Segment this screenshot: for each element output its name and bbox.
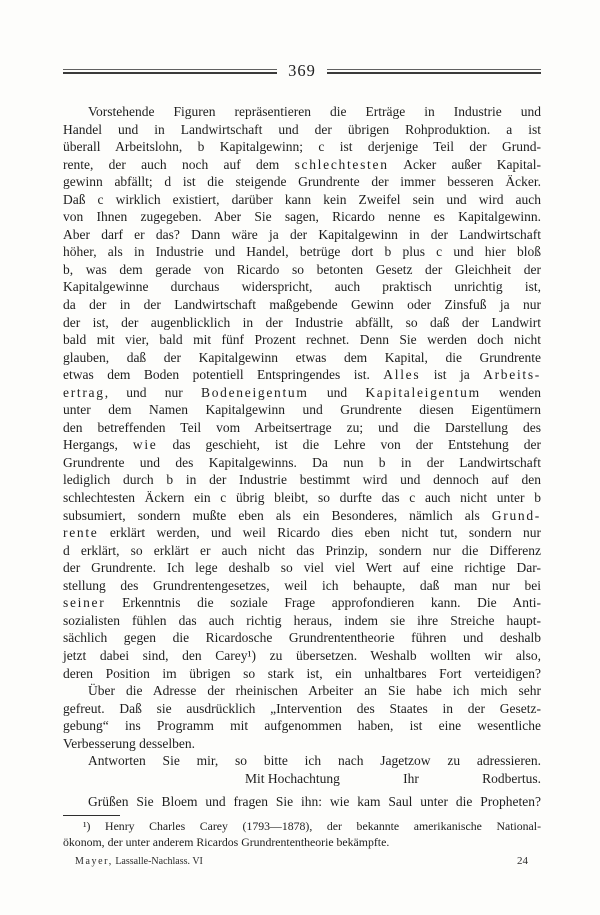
text-segment: b, was dem gerade von Ricardo so betonte… <box>63 262 541 277</box>
text-line: subsumiert, sondern mußte eben als ein B… <box>63 507 541 525</box>
text-segment: etwas dem Boden potentiell Entspringende… <box>63 367 383 382</box>
text-segment: ist ja <box>420 367 483 382</box>
text-line: rente, der auch noch auf dem schlechtest… <box>63 156 541 174</box>
text-line: sozialisten fühlen das auch richtig hera… <box>63 612 541 630</box>
text-segment: und <box>309 385 366 400</box>
text-line: Vorstehende Figuren repräsentieren die E… <box>63 103 541 121</box>
emphasized-text: schlechtesten <box>295 157 389 172</box>
text-line: ¹) Henry Charles Carey (1793—1878), der … <box>63 819 541 834</box>
text-segment: höher, als in Industrie und Handel, betr… <box>63 244 541 259</box>
text-line: Daß c wirklich existiert, darüber kann k… <box>63 191 541 209</box>
page-footer: Mayer, Lassalle-Nachlass. VI 24 <box>63 853 541 871</box>
footnote-rule <box>63 815 120 816</box>
signature-line: Mit Hochachtung Ihr Rodbertus. <box>245 770 541 788</box>
text-segment: Erkenntnis die soziale Frage approfondie… <box>105 595 541 610</box>
text-segment: , und nur <box>105 385 201 400</box>
text-segment: jetzt dabei sind, den Carey¹) zu überset… <box>63 648 541 663</box>
signature-name: Rodbertus. <box>482 770 541 788</box>
emphasized-text: Alles <box>383 367 420 382</box>
text-line: unter dem Namen Kapitalgewinn und Grundr… <box>63 401 541 419</box>
emphasized-text: wie <box>133 437 158 452</box>
text-segment: lediglich durch b in der Industrie besti… <box>63 472 541 487</box>
text-segment: Handel und in Landwirtschaft und der übr… <box>63 122 541 137</box>
text-line: b, was dem gerade von Ricardo so betonte… <box>63 261 541 279</box>
emphasized-text: Arbeits- <box>483 367 541 382</box>
text-segment: Grundrente und des Kapitalgewinns. Da nu… <box>63 455 541 470</box>
text-line: sächlich gegen die Ricardosche Grundrent… <box>63 629 541 647</box>
text-line: Antworten Sie mir, so bitte ich nach Jag… <box>63 752 541 770</box>
text-segment: Daß c wirklich existiert, darüber kann k… <box>63 192 541 207</box>
text-line: der ist, der augenblicklich in der Indus… <box>63 314 541 332</box>
text-segment: Kapitalgewinne durchaus widerspricht, au… <box>63 279 541 294</box>
text-segment: Vorstehende Figuren repräsentieren die E… <box>88 104 541 119</box>
emphasized-text: rente <box>63 525 98 540</box>
signature-pronoun: Ihr <box>403 770 419 788</box>
text-line: da der in der Landwirtschaft maßgebende … <box>63 296 541 314</box>
text-segment: Acker außer Kapital- <box>389 157 541 172</box>
text-line: gebung“ ins Programm mit aufgenommen hab… <box>63 717 541 735</box>
text-segment: deren Position im übrigen so stark ist, … <box>63 666 541 681</box>
paragraph: Grüßen Sie Bloem und fragen Sie ihn: wie… <box>63 793 541 811</box>
text-segment: Antworten Sie mir, so bitte ich nach Jag… <box>88 753 541 768</box>
emphasized-text: ertrag <box>63 385 105 400</box>
header-rule-right <box>327 69 541 74</box>
text-segment: wenden <box>481 385 541 400</box>
text-line: etwas dem Boden potentiell Entspringende… <box>63 366 541 384</box>
text-segment: der Grundrente. Ich lege deshalb so viel… <box>63 560 541 575</box>
footer-series-title: Lassalle-Nachlass. VI <box>113 856 203 867</box>
text-line: stellung des Grundrentengesetzes, weil i… <box>63 577 541 595</box>
text-line: glauben, daß der Kapitalgewinn etwas dem… <box>63 349 541 367</box>
paragraph: Antworten Sie mir, so bitte ich nach Jag… <box>63 752 541 770</box>
text-line: Grundrente und des Kapitalgewinns. Da nu… <box>63 454 541 472</box>
text-segment: subsumiert, sondern mußte eben als ein B… <box>63 508 492 523</box>
paragraph: Vorstehende Figuren repräsentieren die E… <box>63 103 541 682</box>
emphasized-text: Grund- <box>492 508 541 523</box>
signature-closing: Mit Hochachtung <box>245 770 340 788</box>
footnote: ¹) Henry Charles Carey (1793—1878), der … <box>63 819 541 850</box>
text-segment: bald mit vier, bald mit fünf Prozent rec… <box>63 332 541 347</box>
text-line: den betreffenden Teil vom Arbeitsertrage… <box>63 419 541 437</box>
text-line: gefreut. Daß sie ausdrücklich „Intervent… <box>63 700 541 718</box>
header-rule-left <box>63 69 277 74</box>
text-segment: sächlich gegen die Ricardosche Grundrent… <box>63 630 541 645</box>
text-segment: sozialisten fühlen das auch richtig hera… <box>63 613 541 628</box>
text-line: der Grundrente. Ich lege deshalb so viel… <box>63 559 541 577</box>
text-line: deren Position im übrigen so stark ist, … <box>63 665 541 683</box>
text-segment: überall Arbeitslohn, b Kapitalgewinn; c … <box>63 139 541 154</box>
text-segment: erklärt werden, und weil Ricardo dies eb… <box>98 525 541 540</box>
text-line: Grüßen Sie Bloem und fragen Sie ihn: wie… <box>63 793 541 811</box>
text-segment: glauben, daß der Kapitalgewinn etwas dem… <box>63 350 541 365</box>
text-segment: da der in der Landwirtschaft maßgebende … <box>63 297 541 312</box>
text-block: Vorstehende Figuren repräsentieren die E… <box>63 103 541 871</box>
text-segment: gebung“ ins Programm mit aufgenommen hab… <box>63 718 541 733</box>
text-line: schlechtesten Äckern ein c übrig bleibt,… <box>63 489 541 507</box>
text-segment: Aber darf er das? Dann wäre ja der Kapit… <box>63 227 541 242</box>
text-segment: der ist, der augenblicklich in der Indus… <box>63 315 541 330</box>
text-line: Hergangs, wie das geschieht, ist die Leh… <box>63 436 541 454</box>
text-segment: unter dem Namen Kapitalgewinn und Grundr… <box>63 402 541 417</box>
text-segment: von Ihnen zugegeben. Aber Sie sagen, Ric… <box>63 209 541 224</box>
text-segment: schlechtesten Äckern ein c übrig bleibt,… <box>63 490 541 505</box>
paragraph: Über die Adresse der rheinischen Arbeite… <box>63 682 541 752</box>
text-line: d erklärt, so erklärt er auch nicht das … <box>63 542 541 560</box>
text-line: ertrag, und nur Bodeneigentum und Kapita… <box>63 384 541 402</box>
emphasized-text: seiner <box>63 595 105 610</box>
text-segment: das geschieht, ist die Lehre von der Ent… <box>157 437 541 452</box>
text-segment: Über die Adresse der rheinischen Arbeite… <box>88 683 541 698</box>
text-segment: stellung des Grundrentengesetzes, weil i… <box>63 578 541 593</box>
page-number: 369 <box>288 63 316 80</box>
text-line: Kapitalgewinne durchaus widerspricht, au… <box>63 278 541 296</box>
text-line: Handel und in Landwirtschaft und der übr… <box>63 121 541 139</box>
text-segment: ökonom, der unter anderem Ricardos Grund… <box>63 835 389 849</box>
text-line: seiner Erkenntnis die soziale Frage appr… <box>63 594 541 612</box>
text-line: Aber darf er das? Dann wäre ja der Kapit… <box>63 226 541 244</box>
text-segment: Hergangs, <box>63 437 133 452</box>
footer-editor-name: Mayer, <box>75 856 113 867</box>
text-segment: gefreut. Daß sie ausdrücklich „Intervent… <box>63 701 541 716</box>
book-page: 369 Vorstehende Figuren repräsentieren d… <box>0 0 600 915</box>
text-segment: rente, der auch noch auf dem <box>63 157 295 172</box>
text-segment: Grüßen Sie Bloem und fragen Sie ihn: wie… <box>88 794 541 809</box>
text-segment: den betreffenden Teil vom Arbeitsertrage… <box>63 420 541 435</box>
text-line: ökonom, der unter anderem Ricardos Grund… <box>63 835 541 850</box>
text-line: bald mit vier, bald mit fünf Prozent rec… <box>63 331 541 349</box>
text-line: überall Arbeitslohn, b Kapitalgewinn; c … <box>63 138 541 156</box>
text-line: rente erklärt werden, und weil Ricardo d… <box>63 524 541 542</box>
text-line: lediglich durch b in der Industrie besti… <box>63 471 541 489</box>
text-segment: d erklärt, so erklärt er auch nicht das … <box>63 543 541 558</box>
text-line: jetzt dabei sind, den Carey¹) zu überset… <box>63 647 541 665</box>
footer-sheet-number: 24 <box>517 853 528 871</box>
postscript: Grüßen Sie Bloem und fragen Sie ihn: wie… <box>63 793 541 811</box>
footer-imprint: Mayer, Lassalle-Nachlass. VI <box>75 853 203 871</box>
emphasized-text: Kapitaleigentum <box>365 385 480 400</box>
text-segment: ¹) Henry Charles Carey (1793—1878), der … <box>83 819 541 833</box>
page-header: 369 <box>63 62 541 80</box>
text-line: von Ihnen zugegeben. Aber Sie sagen, Ric… <box>63 208 541 226</box>
text-segment: Verbesserung desselben. <box>63 736 195 751</box>
letter-body: Vorstehende Figuren repräsentieren die E… <box>63 103 541 770</box>
text-line: gewinn abfällt; d ist die steigende Grun… <box>63 173 541 191</box>
text-segment: gewinn abfällt; d ist die steigende Grun… <box>63 174 541 189</box>
text-line: höher, als in Industrie und Handel, betr… <box>63 243 541 261</box>
text-line: Verbesserung desselben. <box>63 735 541 753</box>
emphasized-text: Bodeneigentum <box>201 385 309 400</box>
text-line: Über die Adresse der rheinischen Arbeite… <box>63 682 541 700</box>
